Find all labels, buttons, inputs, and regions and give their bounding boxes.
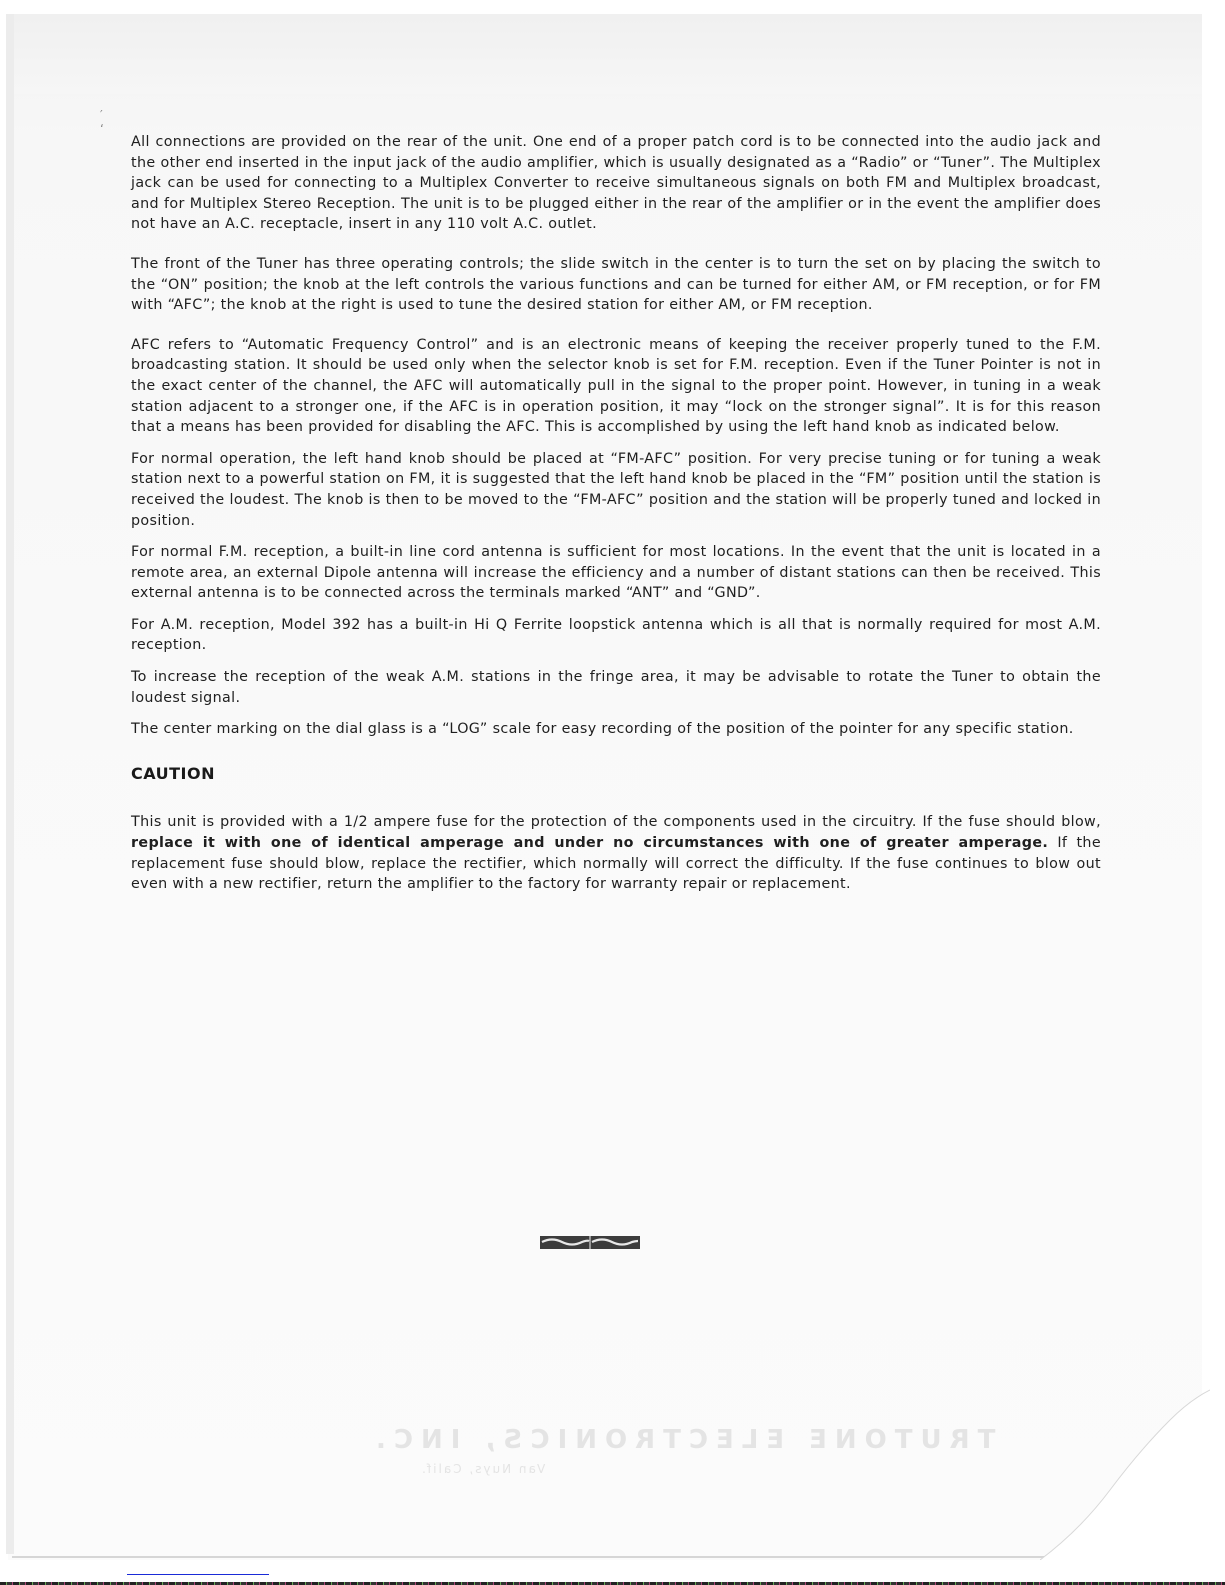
- bleed-through-company-name: TRUTONE ELECTRONICS, INC.: [368, 1425, 995, 1455]
- torn-corner-icon: [1040, 1380, 1210, 1560]
- paragraph-normal-operation: For normal operation, the left hand knob…: [131, 449, 1101, 531]
- paragraph-fm-antenna: For normal F.M. reception, a built-in li…: [131, 542, 1101, 604]
- caution-heading: CAUTION: [131, 764, 1101, 785]
- paper-top-shadow: [8, 14, 1202, 94]
- paper-bottom-edge: [12, 1556, 1202, 1558]
- viewer-link-bar: [127, 1574, 269, 1575]
- paper-left-edge: [6, 14, 14, 1554]
- paragraph-am-antenna: For A.M. reception, Model 392 has a buil…: [131, 615, 1101, 656]
- margin-pencil-mark: ′‘: [100, 108, 104, 137]
- caution-bold-text: replace it with one of identical amperag…: [131, 835, 1048, 851]
- caution-text-1: This unit is provided with a 1/2 ampere …: [131, 814, 1101, 830]
- paragraph-caution: This unit is provided with a 1/2 ampere …: [131, 812, 1101, 894]
- paragraph-weak-am: To increase the reception of the weak A.…: [131, 667, 1101, 708]
- paragraph-connections: All connections are provided on the rear…: [131, 132, 1101, 235]
- paragraph-front-controls: The front of the Tuner has three operati…: [131, 254, 1101, 316]
- paragraph-afc: AFC refers to “Automatic Frequency Contr…: [131, 335, 1101, 438]
- bleed-through-address: Van Nuys, Calif.: [420, 1462, 545, 1476]
- document-body: All connections are provided on the rear…: [131, 132, 1101, 914]
- paragraph-log-scale: The center marking on the dial glass is …: [131, 719, 1101, 740]
- wave-divider-icon: [540, 1236, 640, 1249]
